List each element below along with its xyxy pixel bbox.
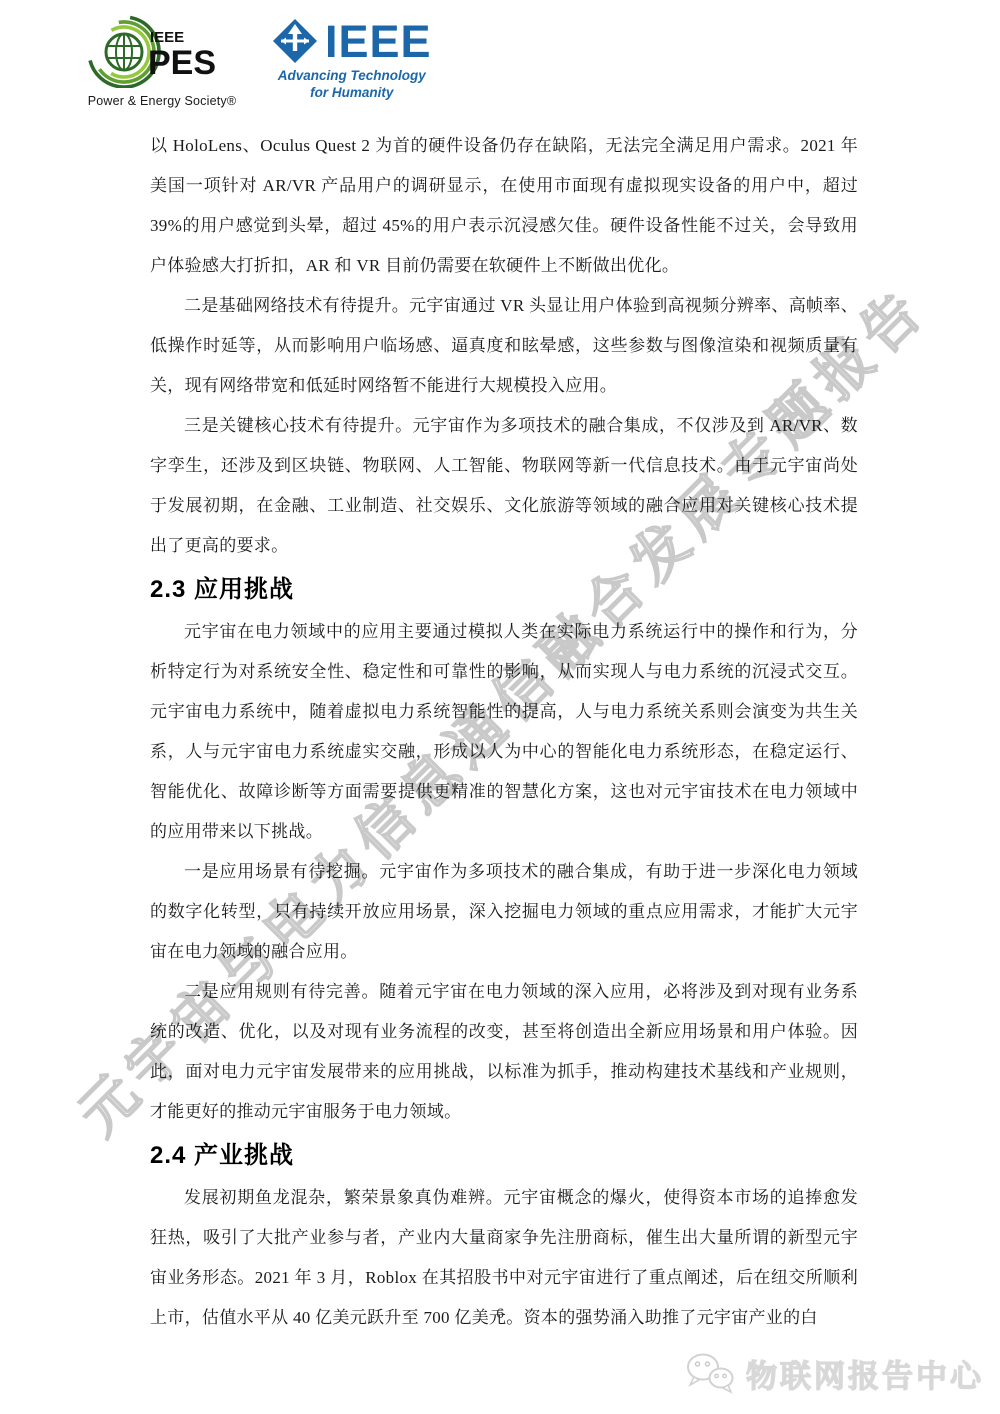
paragraph: 二是应用规则有待完善。随着元宇宙在电力领域的深入应用，必将涉及到对现有业务系统的… <box>150 972 858 1132</box>
ieee-tagline-line1: Advancing Technology <box>272 67 432 84</box>
ieee-diamond-icon <box>272 18 318 64</box>
paragraph: 二是基础网络技术有待提升。元宇宙通过 VR 头显让用户体验到高视频分辨率、高帧率… <box>150 286 858 406</box>
pes-tagline: Power & Energy Society® <box>76 94 248 108</box>
ieee-tagline: Advancing Technology for Humanity <box>272 67 432 101</box>
pes-globe-icon: IEEE PES <box>82 8 242 88</box>
paragraph: 元宇宙在电力领域中的应用主要通过模拟人类在实际电力系统运行中的操作和行为，分析特… <box>150 612 858 852</box>
section-heading-2-4: 2.4 产业挑战 <box>150 1139 858 1173</box>
header-logos: IEEE PES Power & Energy Society® IEEE Ad… <box>76 8 432 108</box>
brand-name: 物联网报告中心 <box>746 1351 984 1396</box>
brand-footer: 物联网报告中心 <box>683 1350 984 1396</box>
svg-text:PES: PES <box>148 44 216 82</box>
section-heading-2-3: 2.3 应用挑战 <box>150 573 858 607</box>
document-page: IEEE PES Power & Energy Society® IEEE Ad… <box>0 0 1000 1414</box>
paragraph: 三是关键核心技术有待提升。元宇宙作为多项技术的融合集成，不仅涉及到 AR/VR、… <box>150 406 858 566</box>
ieee-pes-logo: IEEE PES Power & Energy Society® <box>76 8 248 108</box>
wechat-icon <box>683 1350 737 1396</box>
paragraph: 以 HoloLens、Oculus Quest 2 为首的硬件设备仍存在缺陷，无… <box>150 126 858 286</box>
paragraph: 一是应用场景有待挖掘。元宇宙作为多项技术的融合集成，有助于进一步深化电力领域的数… <box>150 852 858 972</box>
ieee-tagline-line2: for Humanity <box>272 84 432 101</box>
ieee-wordmark: IEEE <box>325 19 432 64</box>
ieee-logo: IEEE Advancing Technology for Humanity <box>272 8 432 101</box>
document-body: 以 HoloLens、Oculus Quest 2 为首的硬件设备仍存在缺陷，无… <box>150 126 858 1338</box>
page-number: 6 <box>0 1306 1000 1323</box>
